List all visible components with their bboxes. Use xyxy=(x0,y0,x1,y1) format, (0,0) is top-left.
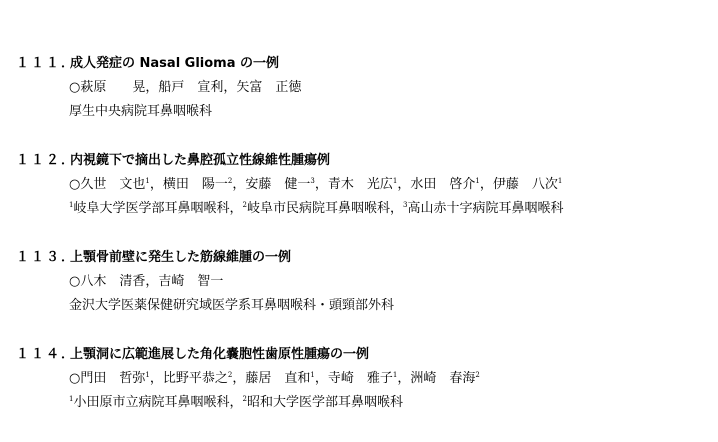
author-name: 安藤 健一 xyxy=(245,177,310,192)
separator: ， xyxy=(150,371,163,386)
author-list: ○久世 文也1，横田 陽一2，安藤 健一3，青木 光広1，水田 啓介1，伊藤 八… xyxy=(69,177,562,193)
presenter-mark: ○ xyxy=(69,80,80,95)
affiliation-list: 厚生中央病院耳鼻咽喉科 xyxy=(69,104,212,120)
separator: ， xyxy=(480,177,493,192)
separator: ， xyxy=(390,201,403,216)
affiliation-name: 金沢大学医薬保健研究域医学系耳鼻咽喉科・頭頸部外科 xyxy=(69,298,394,313)
author-name: 久世 文也 xyxy=(80,177,145,192)
entry-title: 成人発症の Nasal Glioma の一例 xyxy=(70,56,279,71)
separator: ， xyxy=(397,177,410,192)
author-name: 萩原 晃 xyxy=(80,80,145,95)
author-list: ○八木 清香，吉崎 智一 xyxy=(69,274,223,290)
separator: ， xyxy=(229,395,242,410)
affiliation-name: 昭和大学医学部耳鼻咽喉科 xyxy=(247,395,403,410)
entry-title-line: １１２．内視鏡下で摘出した鼻腔孤立性線維性腫瘍例 xyxy=(16,153,330,169)
author-name: 藤居 直和 xyxy=(245,371,310,386)
separator: ， xyxy=(315,177,328,192)
author-list: ○萩原 晃，船戸 宣利，矢富 正徳 xyxy=(69,80,301,96)
author-name: 船戸 宣利 xyxy=(158,80,223,95)
separator: ， xyxy=(397,371,410,386)
author-name: 洲崎 春海 xyxy=(410,371,475,386)
author-name: 水田 啓介 xyxy=(410,177,475,192)
affiliation-name: 高山赤十字病院耳鼻咽喉科 xyxy=(407,201,563,216)
separator: ， xyxy=(223,80,236,95)
separator: ， xyxy=(232,177,245,192)
affiliation-marker: 1 xyxy=(558,177,562,185)
entry-title: 内視鏡下で摘出した鼻腔孤立性線維性腫瘍例 xyxy=(70,153,330,168)
affiliation-list: 1小田原市立病院耳鼻咽喉科，2昭和大学医学部耳鼻咽喉科 xyxy=(69,395,403,411)
author-name: 青木 光広 xyxy=(328,177,393,192)
separator: ， xyxy=(150,177,163,192)
author-name: 吉崎 智一 xyxy=(158,274,223,289)
separator: ， xyxy=(229,201,242,216)
entry-number: １１４． xyxy=(16,347,70,363)
separator: ， xyxy=(145,274,158,289)
separator: ， xyxy=(145,80,158,95)
presenter-mark: ○ xyxy=(69,177,80,192)
affiliation-list: 金沢大学医薬保健研究域医学系耳鼻咽喉科・頭頸部外科 xyxy=(69,298,394,314)
author-name: 門田 哲弥 xyxy=(80,371,145,386)
entry-title: 上顎洞に広範進展した角化嚢胞性歯原性腫瘍の一例 xyxy=(70,347,369,362)
author-name: 寺崎 雅子 xyxy=(328,371,393,386)
entry-number: １１１． xyxy=(16,56,70,72)
author-list: ○門田 哲弥1，比野平恭之2，藤居 直和1，寺崎 雅子1，洲崎 春海2 xyxy=(69,371,480,387)
entry-title: 上顎骨前壁に発生した筋線維腫の一例 xyxy=(70,250,291,265)
affiliation-name: 小田原市立病院耳鼻咽喉科 xyxy=(73,395,229,410)
author-name: 八木 清香 xyxy=(80,274,145,289)
author-name: 横田 陽一 xyxy=(163,177,228,192)
separator: ， xyxy=(315,371,328,386)
entry-title-line: １１４．上顎洞に広範進展した角化嚢胞性歯原性腫瘍の一例 xyxy=(16,347,369,363)
presenter-mark: ○ xyxy=(69,371,80,386)
affiliation-list: 1岐阜大学医学部耳鼻咽喉科，2岐阜市民病院耳鼻咽喉科，3高山赤十字病院耳鼻咽喉科 xyxy=(69,201,563,217)
separator: ， xyxy=(232,371,245,386)
entry-title-line: １１１．成人発症の Nasal Glioma の一例 xyxy=(16,56,279,72)
author-name: 比野平恭之 xyxy=(163,371,228,386)
affiliation-marker: 2 xyxy=(475,371,479,379)
author-name: 矢富 正徳 xyxy=(236,80,301,95)
entry-number: １１２． xyxy=(16,153,70,169)
entry-title-line: １１３．上顎骨前壁に発生した筋線維腫の一例 xyxy=(16,250,291,266)
entry-number: １１３． xyxy=(16,250,70,266)
affiliation-name: 岐阜大学医学部耳鼻咽喉科 xyxy=(73,201,229,216)
author-name: 伊藤 八次 xyxy=(493,177,558,192)
presenter-mark: ○ xyxy=(69,274,80,289)
affiliation-name: 岐阜市民病院耳鼻咽喉科 xyxy=(247,201,390,216)
affiliation-name: 厚生中央病院耳鼻咽喉科 xyxy=(69,104,212,119)
